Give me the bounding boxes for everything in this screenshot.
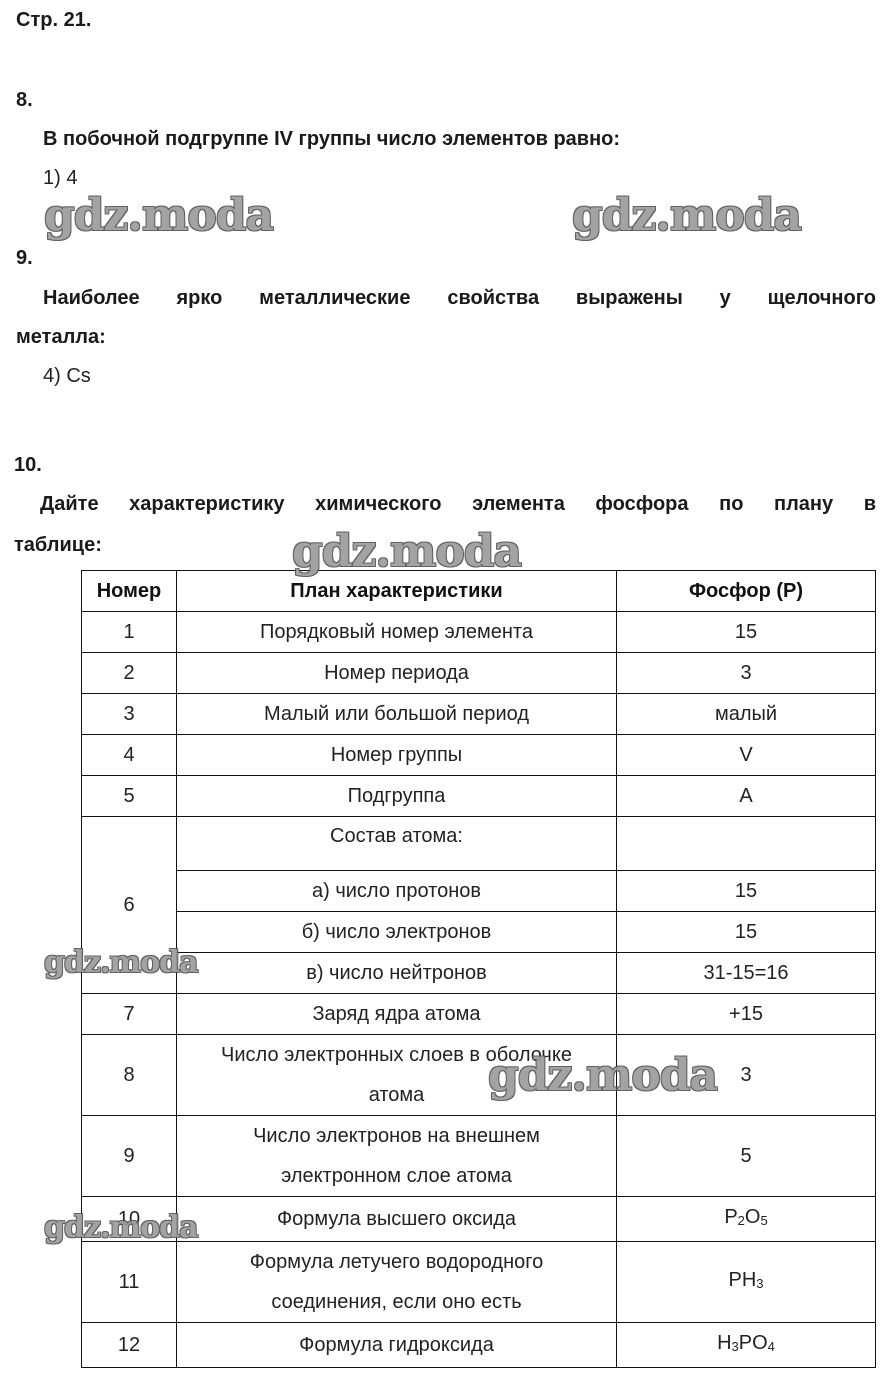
table-row: 6 Состав атома: <box>82 817 876 871</box>
row-plan: Формула летучего водородного соединения,… <box>177 1242 617 1323</box>
table-subrow: б) число электронов 15 <box>82 912 876 953</box>
subrow-plan: а) число протонов <box>177 871 617 912</box>
table-row: 4 Номер группы V <box>82 735 876 776</box>
row-value: 3 <box>617 1035 876 1116</box>
row-number: 9 <box>82 1116 177 1197</box>
row-plan: Формула гидроксида <box>177 1323 617 1368</box>
subrow-plan: в) число нейтронов <box>177 953 617 994</box>
row-number: 3 <box>82 694 177 735</box>
question-9-text-line1: Наиболее ярко металлические свойства выр… <box>43 287 876 310</box>
header-plan: План характеристики <box>177 571 617 612</box>
row-plan: Заряд ядра атома <box>177 994 617 1035</box>
formula-part: PO <box>739 1332 768 1354</box>
row-plan: Формула высшего оксида <box>177 1197 617 1242</box>
table-row: 10 Формула высшего оксида P2O5 <box>82 1197 876 1242</box>
row-number: 1 <box>82 612 177 653</box>
table-row: 5 Подгруппа A <box>82 776 876 817</box>
row-number: 2 <box>82 653 177 694</box>
table-row: 12 Формула гидроксида H3PO4 <box>82 1323 876 1368</box>
question-10-text-line2: таблице: <box>14 534 102 557</box>
row-plan-line2: соединения, если оно есть <box>181 1282 612 1322</box>
row-number: 12 <box>82 1323 177 1368</box>
header-phosphorus: Фосфор (P) <box>617 571 876 612</box>
row-plan-line1: Формула летучего водородного <box>181 1242 612 1282</box>
row-value: 3 <box>617 653 876 694</box>
question-9-answer: 4) Cs <box>43 365 91 388</box>
page-reference: Стр. 21. <box>16 9 91 32</box>
watermark: gdz.moda <box>572 190 801 241</box>
row-number: 10 <box>82 1197 177 1242</box>
row-plan: Подгруппа <box>177 776 617 817</box>
table-row: 7 Заряд ядра атома +15 <box>82 994 876 1035</box>
formula-part: H <box>717 1332 731 1354</box>
subrow-value: 15 <box>617 912 876 953</box>
question-8-number: 8. <box>16 89 33 112</box>
row-plan: Порядковый номер элемента <box>177 612 617 653</box>
row-plan-line2: электронном слое атома <box>181 1156 612 1196</box>
watermark: gdz.moda <box>44 190 273 241</box>
row-plan: Номер периода <box>177 653 617 694</box>
row-number: 8 <box>82 1035 177 1116</box>
row-number: 4 <box>82 735 177 776</box>
question-9-text-line2: металла: <box>16 326 106 349</box>
row-value: 5 <box>617 1116 876 1197</box>
table-subrow: а) число протонов 15 <box>82 871 876 912</box>
formula-part: P <box>724 1206 737 1228</box>
subrow-plan: б) число электронов <box>177 912 617 953</box>
row-number: 5 <box>82 776 177 817</box>
row-number: 7 <box>82 994 177 1035</box>
row-value <box>617 817 876 871</box>
row-value-formula: PH3 <box>617 1242 876 1323</box>
question-8-answer: 1) 4 <box>43 167 77 190</box>
subrow-value: 15 <box>617 871 876 912</box>
subrow-value: 31-15=16 <box>617 953 876 994</box>
table-row: 11 Формула летучего водородного соединен… <box>82 1242 876 1323</box>
row-value: 15 <box>617 612 876 653</box>
row-plan: Число электронов на внешнем электронном … <box>177 1116 617 1197</box>
formula-subscript: 3 <box>756 1276 763 1291</box>
formula-part: PH <box>728 1269 756 1291</box>
question-9-number: 9. <box>16 247 33 270</box>
row-number: 6 <box>82 817 177 994</box>
row-value: A <box>617 776 876 817</box>
formula-part: O <box>745 1206 761 1228</box>
question-10-text-line1: Дайте характеристику химического элемент… <box>40 493 876 516</box>
table-row: 3 Малый или большой период малый <box>82 694 876 735</box>
question-10-number: 10. <box>14 454 42 477</box>
row-plan: Малый или большой период <box>177 694 617 735</box>
formula-subscript: 2 <box>738 1213 745 1228</box>
question-8-text: В побочной подгруппе IV группы число эле… <box>43 128 620 151</box>
table-row: 1 Порядковый номер элемента 15 <box>82 612 876 653</box>
table-subrow: в) число нейтронов 31-15=16 <box>82 953 876 994</box>
row-plan: Номер группы <box>177 735 617 776</box>
row-number: 11 <box>82 1242 177 1323</box>
row-value: малый <box>617 694 876 735</box>
row-plan: Число электронных слоев в оболочке атома <box>177 1035 617 1116</box>
header-number: Номер <box>82 571 177 612</box>
formula-subscript: 3 <box>732 1339 739 1354</box>
table-row: 8 Число электронных слоев в оболочке ато… <box>82 1035 876 1116</box>
phosphorus-characteristics-table: Номер План характеристики Фосфор (P) 1 П… <box>81 570 876 1368</box>
row-value-formula: H3PO4 <box>617 1323 876 1368</box>
row-value-formula: P2O5 <box>617 1197 876 1242</box>
row-value: +15 <box>617 994 876 1035</box>
table-header-row: Номер План характеристики Фосфор (P) <box>82 571 876 612</box>
row-plan-line1: Число электронов на внешнем <box>181 1116 612 1156</box>
row-value: V <box>617 735 876 776</box>
table-row: 9 Число электронов на внешнем электронно… <box>82 1116 876 1197</box>
row-plan-line2: атома <box>181 1075 612 1115</box>
row-plan: Состав атома: <box>177 817 617 871</box>
formula-subscript: 5 <box>760 1213 767 1228</box>
table-row: 2 Номер периода 3 <box>82 653 876 694</box>
row-plan-line1: Число электронных слоев в оболочке <box>181 1035 612 1075</box>
formula-subscript: 4 <box>768 1339 775 1354</box>
